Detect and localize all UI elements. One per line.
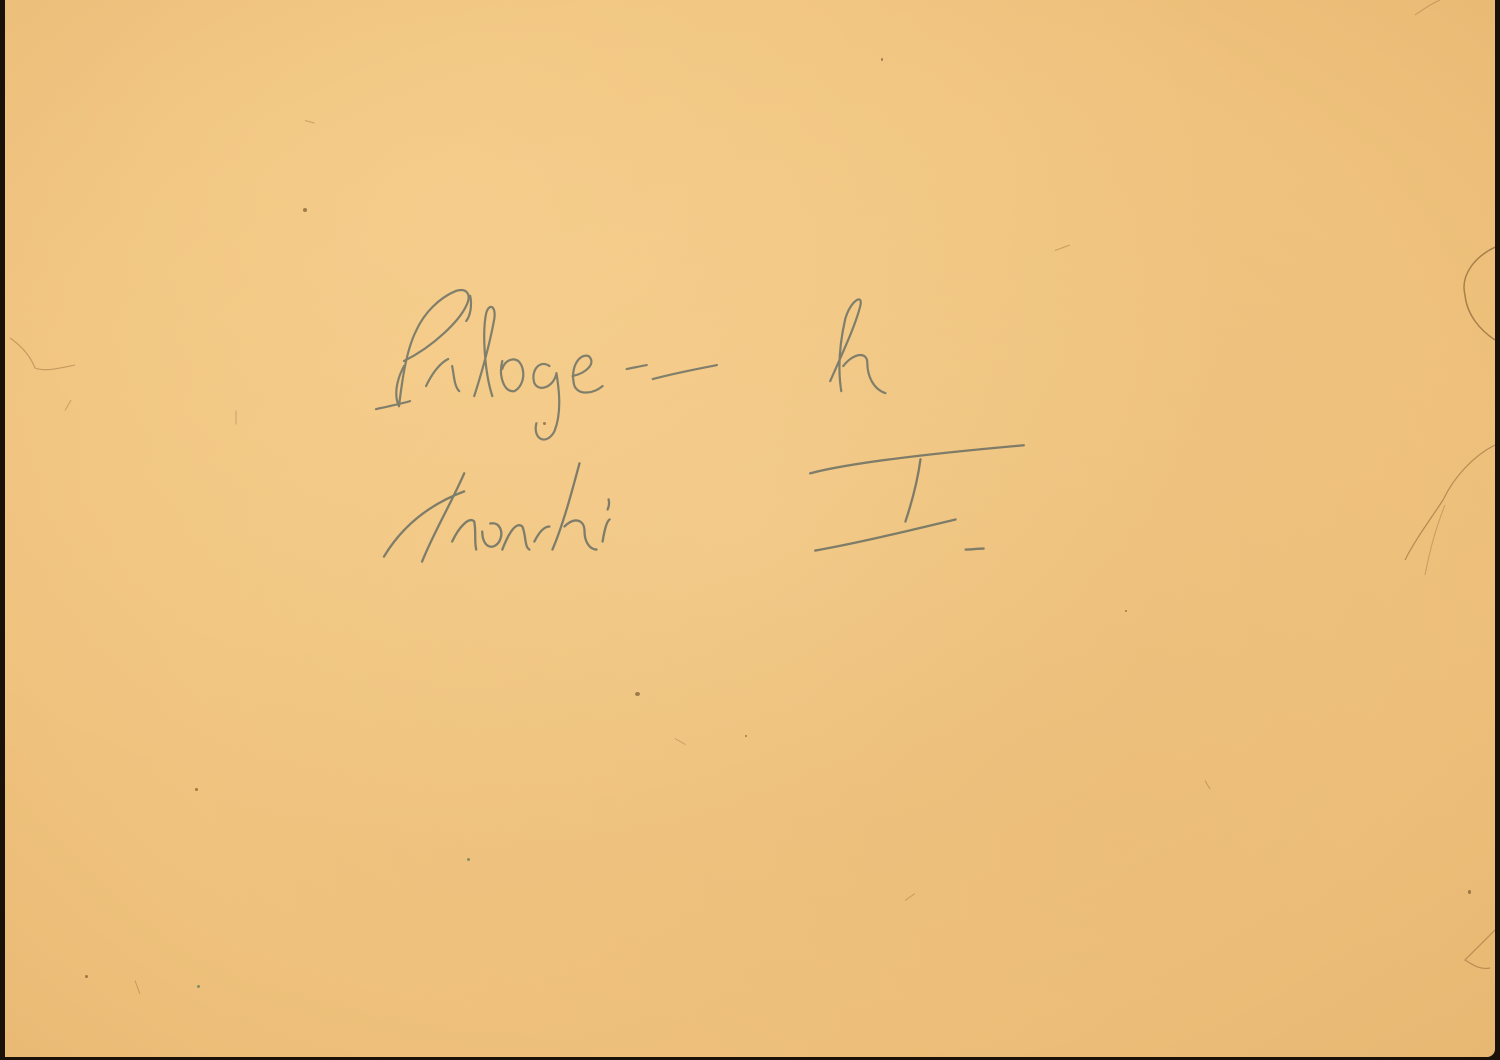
paper-fiber: [1205, 780, 1211, 789]
paper-fiber: [135, 980, 141, 993]
paper-speck: [881, 58, 883, 61]
paper-speck: [467, 858, 470, 861]
scan-background: Priloge - k Kroniki I: [0, 0, 1500, 1060]
paper-speck: [543, 422, 546, 425]
paper-speck: [197, 985, 200, 988]
paper-fiber: [1055, 245, 1070, 251]
paper-speck: [1468, 890, 1471, 894]
paper-fiber: [305, 120, 315, 124]
paper-speck: [85, 975, 88, 978]
paper-speck: [745, 735, 747, 737]
paper-fiber: [905, 893, 915, 901]
paper-fiber: [65, 400, 72, 411]
paper-speck: [1125, 610, 1127, 612]
paper-speck: [303, 208, 307, 212]
paper-fiber: [675, 738, 686, 745]
paper-speck: [195, 788, 198, 791]
paper-crease: [5, 0, 1495, 1057]
paper-fiber: [236, 411, 237, 425]
paper-speck: [635, 692, 640, 696]
paper-sheet: Priloge - k Kroniki I: [5, 0, 1495, 1057]
handwritten-title: [5, 0, 1495, 1057]
